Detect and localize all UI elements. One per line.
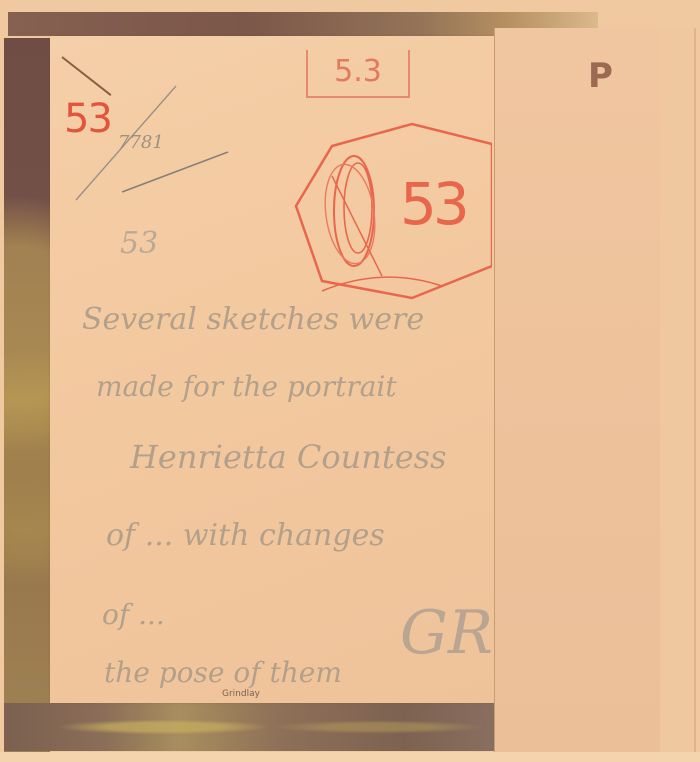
- frame-bottom-edge: [4, 703, 504, 751]
- board-edge-strip: [660, 28, 696, 752]
- frame-left-edge: [4, 38, 50, 752]
- boxed-number: 5.3: [306, 50, 410, 98]
- brown-letter-mark: P: [588, 56, 613, 96]
- framer-stamp: Grindlay: [222, 689, 260, 699]
- inscription-line-5: of ...: [102, 598, 165, 631]
- inscription-line-4: of ... with changes: [106, 518, 385, 553]
- inscription-line-6: the pose of them: [104, 656, 342, 689]
- circled-number: 53: [400, 170, 466, 238]
- board-bottom-edge: [0, 752, 700, 762]
- inscription-line-1: Several sketches were: [82, 302, 424, 337]
- pencil-number: 53: [120, 226, 158, 261]
- artwork-back-photo: 53 5.3 53 7781 53 Several sketches were …: [0, 0, 700, 762]
- overlapping-board-panel: [494, 28, 662, 753]
- inscription-line-3: Henrietta Countess: [130, 438, 447, 476]
- crossed-out-number: 7781: [118, 132, 164, 153]
- monogram: GR: [400, 598, 493, 668]
- inscription-line-2: made for the portrait: [96, 370, 397, 403]
